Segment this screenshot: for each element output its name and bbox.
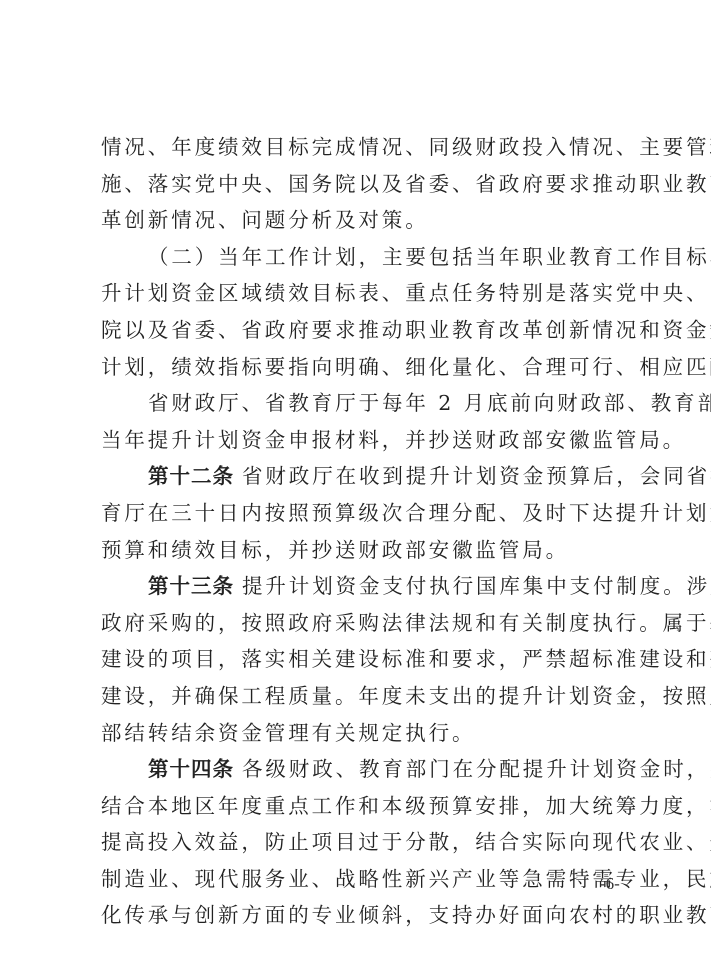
text-line: 部结转结余资金管理有关规定执行。 xyxy=(101,715,624,752)
article-text: 各级财政、教育部门在分配提升计划资金时，要 xyxy=(242,757,711,781)
article-heading: 第十二条 xyxy=(148,464,234,488)
article-text: 提升计划资金支付执行国库集中支付制度。涉及 xyxy=(242,574,711,598)
text-line: 育厅在三十日内按照预算级次合理分配、及时下达提升计划资金 xyxy=(101,495,624,532)
text-line: 预算和绩效目标，并抄送财政部安徽监管局。 xyxy=(101,532,624,569)
text-line: 院以及省委、省政府要求推动职业教育改革创新情况和资金安排 xyxy=(101,312,624,349)
paragraph-start: 省财政厅、省教育厅于每年 2 月底前向财政部、教育部报送 xyxy=(101,385,624,422)
text-line: 计划，绩效指标要指向明确、细化量化、合理可行、相应匹配。 xyxy=(101,349,624,386)
text-line: 升计划资金区域绩效目标表、重点任务特别是落实党中央、国务 xyxy=(101,275,624,312)
page-number: -6- xyxy=(600,874,620,894)
text-line: 建设，并确保工程质量。年度未支出的提升计划资金，按照财政 xyxy=(101,678,624,715)
article-14: 第十四条各级财政、教育部门在分配提升计划资金时，要 xyxy=(101,751,624,788)
text-line: 革创新情况、问题分析及对策。 xyxy=(101,202,624,239)
text-line: 当年提升计划资金申报材料，并抄送财政部安徽监管局。 xyxy=(101,422,624,459)
text-line: 提高投入效益，防止项目过于分散，结合实际向现代农业、先进 xyxy=(101,824,624,861)
document-page: 情况、年度绩效目标完成情况、同级财政投入情况、主要管理措 施、落实党中央、国务院… xyxy=(101,129,624,934)
text-line: 建设的项目，落实相关建设标准和要求，严禁超标准建设和豪华 xyxy=(101,641,624,678)
text-line: 制造业、现代服务业、战略性新兴产业等急需特需专业，民族文 xyxy=(101,861,624,898)
article-13: 第十三条提升计划资金支付执行国库集中支付制度。涉及 xyxy=(101,568,624,605)
text-line: 施、落实党中央、国务院以及省委、省政府要求推动职业教育改 xyxy=(101,166,624,203)
text-line: 政府采购的，按照政府采购法律法规和有关制度执行。属于基本 xyxy=(101,605,624,642)
paragraph-start: （二）当年工作计划，主要包括当年职业教育工作目标、提 xyxy=(101,239,624,276)
text-line: 化传承与创新方面的专业倾斜，支持办好面向农村的职业教育。 xyxy=(101,897,624,934)
article-text: 省财政厅在收到提升计划资金预算后，会同省教 xyxy=(242,464,711,488)
article-heading: 第十四条 xyxy=(148,757,234,781)
text-line: 情况、年度绩效目标完成情况、同级财政投入情况、主要管理措 xyxy=(101,129,624,166)
article-heading: 第十三条 xyxy=(148,574,234,598)
article-12: 第十二条省财政厅在收到提升计划资金预算后，会同省教 xyxy=(101,458,624,495)
text-line: 结合本地区年度重点工作和本级预算安排，加大统筹力度，注重 xyxy=(101,788,624,825)
